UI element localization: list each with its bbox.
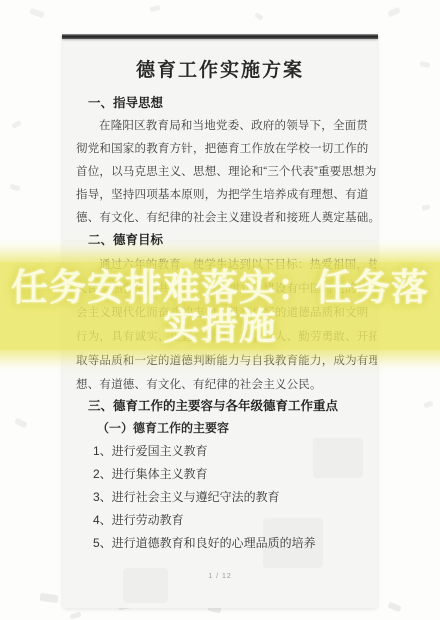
paragraph-guiding-ideology: 在隆阳区教育局和当地党委、政府的领导下，全面贯 彻党和国家的教育方针，把德育工作… [63, 115, 377, 230]
confetti-decoration [14, 418, 27, 429]
section-heading-2: 二、德育目标 [63, 232, 377, 249]
confetti-decoration [387, 602, 401, 612]
paragraph-line: 德、有文化、有纪律的社会主义建设者和接班人奠定基础。 [63, 207, 377, 230]
confetti-decoration [9, 184, 20, 192]
section-heading-1: 一、指导思想 [63, 95, 377, 112]
confetti-decoration [423, 401, 433, 409]
paragraph-line: 想、有道德、有文化、有纪律的社会主义公民。 [63, 373, 377, 397]
page-texture-blotch [263, 518, 323, 568]
page-top-edge [62, 34, 378, 39]
confetti-decoration [387, 7, 400, 18]
confetti-decoration [29, 8, 44, 18]
overlay-title-line1: 任务安排难落实：任务落 [0, 268, 440, 308]
paragraph-line: 指导，坚持四项基本原则，为把学生培养成有理想、有道 [63, 184, 377, 207]
subsection-heading: （一）德育工作的主要容 [63, 420, 377, 437]
confetti-decoration [422, 204, 431, 211]
confetti-decoration [40, 593, 59, 603]
paragraph-line: 取等品质和一定的道德判断能力与自我教育能力，成为有理 [63, 349, 377, 373]
confetti-decoration [69, 611, 81, 619]
section-heading-3: 三、德育工作的主要容与各年级德育工作重点 [63, 398, 377, 415]
confetti-decoration [420, 61, 431, 68]
list-item: 5、进行道德教育和良好的心理品质的培养 [63, 535, 377, 552]
paragraph-line: 彻党和国家的教育方针，把德育工作放在学校一切工作的 [63, 138, 377, 161]
list-item: 4、进行劳动教育 [63, 512, 377, 529]
screenshot-canvas: 德育工作实施方案 一、指导思想 在隆阳区教育局和当地党委、政府的领导下，全面贯 … [0, 0, 440, 620]
overlay-title-line2: 实措施 [0, 307, 440, 347]
page-number: 1 / 12 [63, 573, 377, 580]
document-title: 德育工作实施方案 [63, 58, 377, 84]
confetti-decoration [11, 120, 21, 129]
list-item: 3、进行社会主义与遵纪守法的教育 [63, 489, 377, 506]
paragraph-line: 首位，以马克思主义、思想、理论和“三个代表”重要思想为 [63, 161, 377, 184]
confetti-decoration [150, 5, 161, 12]
paragraph-line: 在隆阳区教育局和当地党委、政府的领导下，全面贯 [63, 115, 377, 138]
page-texture-blotch [313, 438, 363, 478]
confetti-decoration [254, 12, 263, 21]
